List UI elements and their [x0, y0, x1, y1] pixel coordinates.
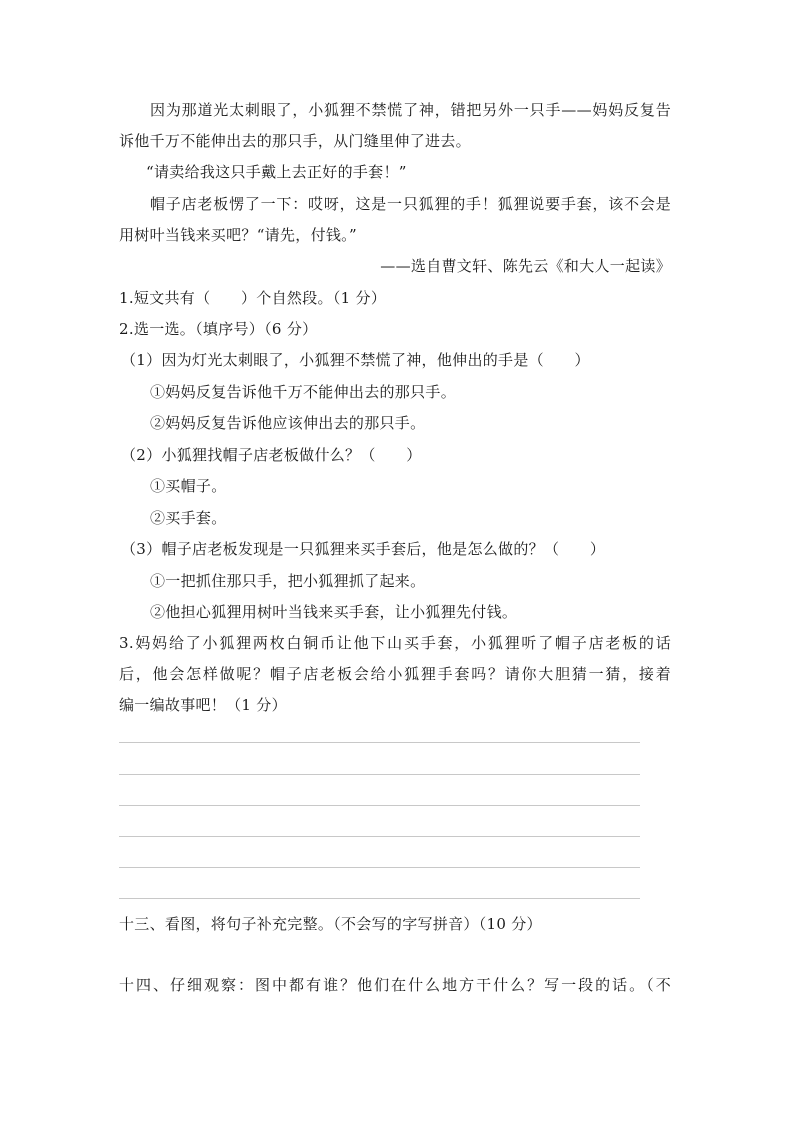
question-3-line2: 后，他会怎样做呢？帽子店老板会给小狐狸手套吗？请你大胆猜一猜，接着 [119, 664, 671, 684]
question-2-sub3-option1: ①一把抓住那只手，把小狐狸抓了起来。 [150, 571, 702, 591]
passage-para1-line2: 诉他千万不能伸出去的那只手，从门缝里伸了进去。 [119, 131, 671, 151]
passage-para3-line1: 帽子店老板愣了一下：哎呀，这是一只狐狸的手！狐狸说要手套，该不会是 [150, 194, 671, 214]
question-2-sub3-option2: ②他担心狐狸用树叶当钱来买手套，让小狐狸先付钱。 [150, 602, 702, 622]
question-3-line3: 编一编故事吧！（1 分） [119, 695, 671, 715]
answer-line-3[interactable] [119, 805, 640, 806]
answer-line-1[interactable] [119, 742, 640, 743]
question-2-sub2-option2: ②买手套。 [150, 508, 702, 528]
exam-page: 因为那道光太刺眼了，小狐狸不禁慌了神，错把另外一只手——妈妈反复告 诉他千万不能… [0, 0, 793, 1122]
question-2-sub1-option2: ②妈妈反复告诉他应该伸出去的那只手。 [150, 413, 702, 433]
passage-para1-line1: 因为那道光太刺眼了，小狐狸不禁慌了神，错把另外一只手——妈妈反复告 [150, 100, 671, 120]
question-1: 1.短文共有（ ）个自然段。（1 分） [119, 288, 671, 308]
answer-line-6[interactable] [119, 898, 640, 899]
passage-para3-line2: 用树叶当钱来买吧？“请先，付钱。” [119, 225, 671, 245]
answer-line-2[interactable] [119, 774, 640, 775]
answer-line-5[interactable] [119, 867, 640, 868]
passage-attribution: ——选自曹文轩、陈先云《和大人一起读》 [119, 256, 671, 276]
question-2-sub2-prompt: （2）小狐狸找帽子店老板做什么？（ ） [121, 445, 673, 465]
question-3-line1: 3.妈妈给了小狐狸两枚白铜币让他下山买手套，小狐狸听了帽子店老板的话 [119, 633, 671, 653]
question-2-sub3-prompt: （3）帽子店老板发现是一只狐狸来买手套后，他是怎么做的？（ ） [121, 539, 673, 559]
section-13-heading: 十三、看图，将句子补充完整。（不会写的字写拼音）（10 分） [119, 914, 671, 934]
passage-para2: “请卖给我这只手戴上去正好的手套！” [146, 162, 667, 182]
answer-line-4[interactable] [119, 836, 640, 837]
question-2-sub1-option1: ①妈妈反复告诉他千万不能伸出去的那只手。 [150, 382, 702, 402]
question-2-title: 2.选一选。（填序号）（6 分） [119, 319, 671, 339]
question-2-sub1-prompt: （1）因为灯光太刺眼了，小狐狸不禁慌了神，他伸出的手是（ ） [121, 350, 673, 370]
section-14-heading: 十四、仔细观察：图中都有谁？他们在什么地方干什么？写一段的话。（不 [119, 975, 671, 995]
question-2-sub2-option1: ①买帽子。 [150, 476, 702, 496]
